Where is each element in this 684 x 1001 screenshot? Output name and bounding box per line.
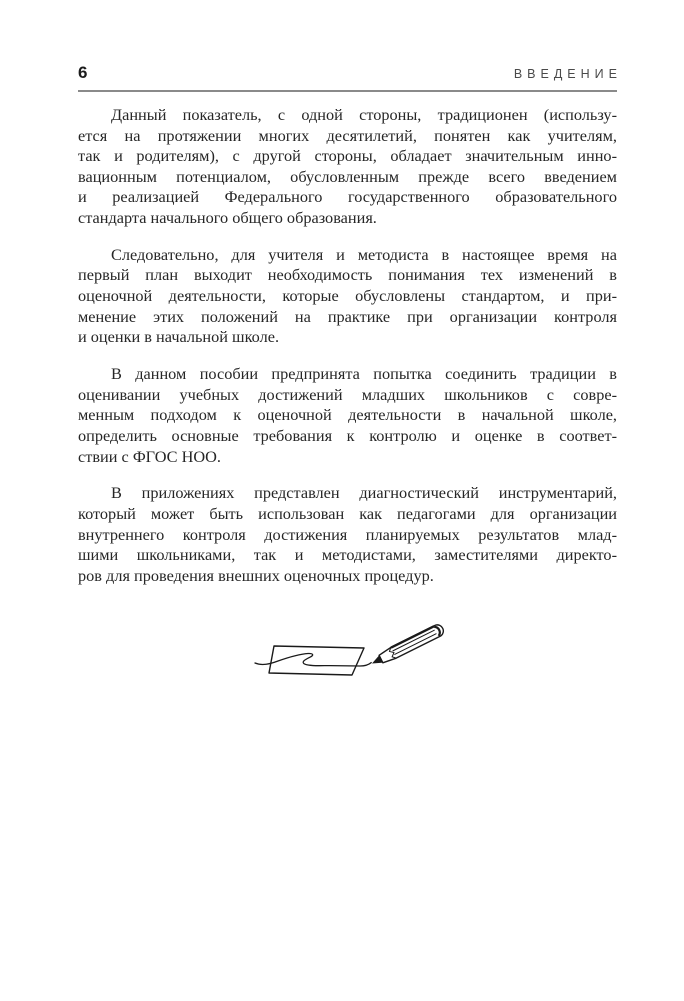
- text-line: и оценки в начальной школе.: [78, 327, 617, 348]
- text-line: В данном пособии предпринята попытка сое…: [78, 364, 617, 385]
- text-line: первый план выходит необходимость понима…: [78, 265, 617, 286]
- text-line: ствии с ФГОС НОО.: [78, 447, 617, 468]
- text-line: ров для проведения внешних оценочных про…: [78, 566, 617, 587]
- text-line: шими школьниками, так и методистами, зам…: [78, 545, 617, 566]
- text-line: внутреннего контроля достижения планируе…: [78, 525, 617, 546]
- text-line: который может быть использован как педаг…: [78, 504, 617, 525]
- text-line: Следовательно, для учителя и методиста в…: [78, 245, 617, 266]
- text-line: определить основные требования к контрол…: [78, 426, 617, 447]
- chapter-end-figure: [78, 611, 617, 701]
- text-line: ется на протяжении многих десятилетий, п…: [78, 126, 617, 147]
- text-line: оценочной деятельности, которые обусловл…: [78, 286, 617, 307]
- text-line: оценивании учебных достижений младших шк…: [78, 385, 617, 406]
- paper-outline: [269, 646, 364, 675]
- pencil-writing-on-paper-icon: [248, 611, 448, 701]
- text-line: так и родителям), с другой стороны, обла…: [78, 146, 617, 167]
- text-line: В приложениях представлен диагностически…: [78, 483, 617, 504]
- book-page: 6 ВВЕДЕНИЕ Данный показатель, с одной ст…: [0, 0, 684, 1001]
- pencil-body-outline: [378, 623, 445, 665]
- text-line: менным подходом к оценочной деятельности…: [78, 405, 617, 426]
- pencil-icon: [369, 623, 445, 669]
- text-line: Данный показатель, с одной стороны, трад…: [78, 105, 617, 126]
- text-line: и реализацией Федерального государственн…: [78, 187, 617, 208]
- page-content: 6 ВВЕДЕНИЕ Данный показатель, с одной ст…: [78, 64, 617, 701]
- page-number: 6: [78, 64, 87, 81]
- text-line: стандарта начального общего образования.: [78, 208, 617, 229]
- text-line: менение этих положений на практике при о…: [78, 307, 617, 328]
- page-header: 6 ВВЕДЕНИЕ: [78, 64, 617, 92]
- text-line: вационным потенциалом, обусловленным пре…: [78, 167, 617, 188]
- running-header-title: ВВЕДЕНИЕ: [514, 68, 622, 81]
- body-text: Данный показатель, с одной стороны, трад…: [78, 105, 617, 586]
